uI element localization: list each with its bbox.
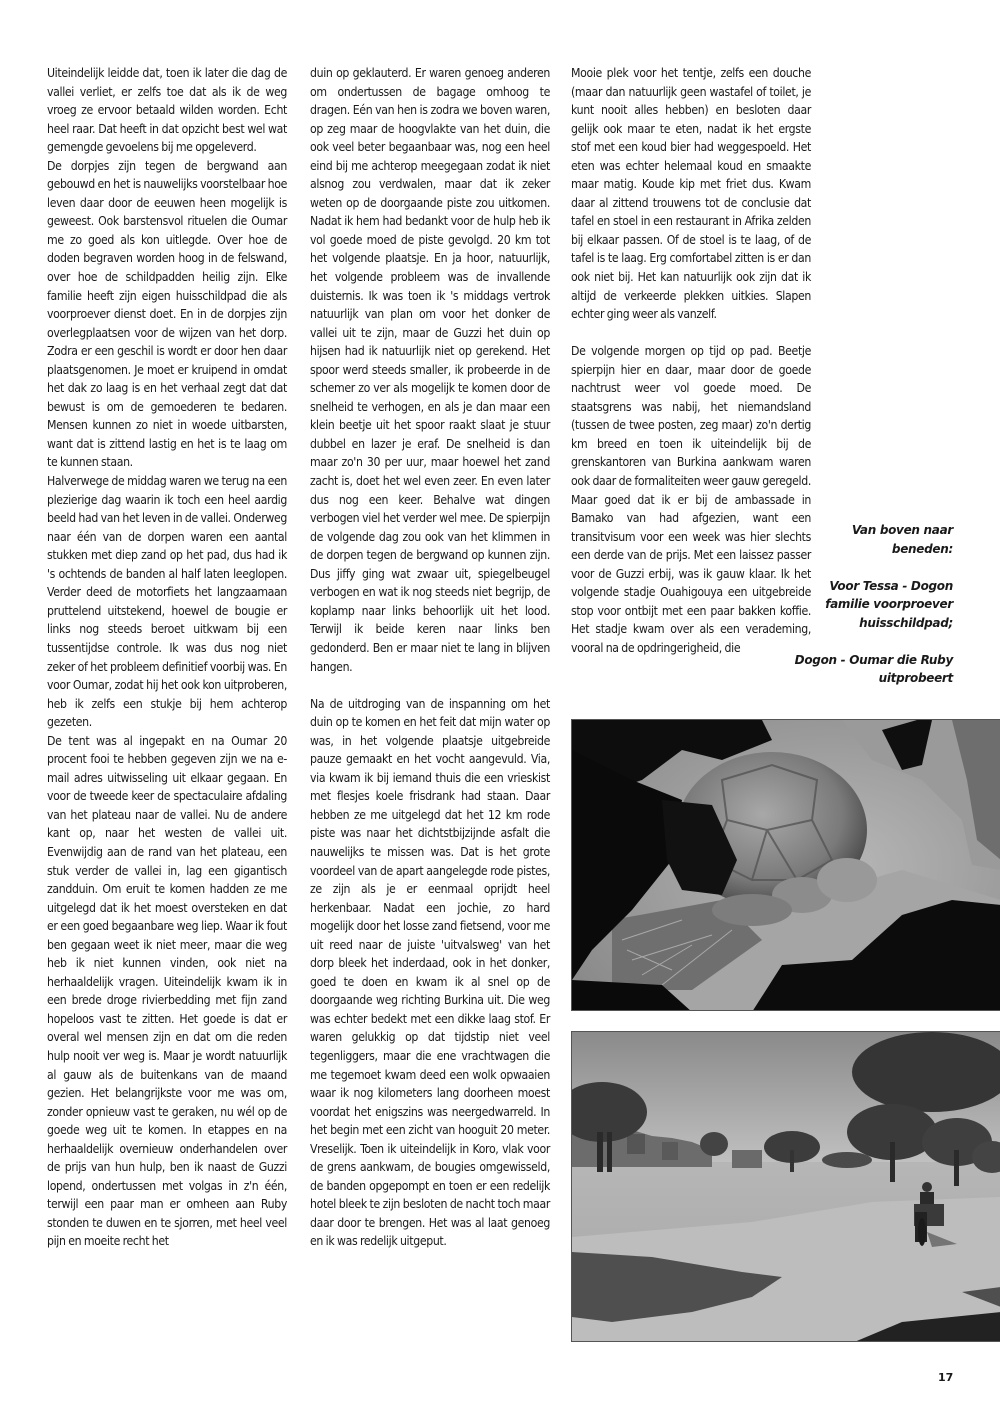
caption-item: Dogon - Oumar die Ruby uitprobeert	[793, 651, 953, 688]
paragraph: duin op geklauterd. Er waren genoeg ande…	[310, 64, 550, 676]
article-column-3: Mooie plek voor het tentje, zelfs een do…	[571, 64, 811, 658]
article-column-2: duin op geklauterd. Er waren genoeg ande…	[310, 64, 550, 1251]
tortoise-photo	[571, 719, 1000, 1011]
caption-item: Voor Tessa - Dogon familie voorproever h…	[793, 577, 953, 633]
photo-caption: Van boven naar beneden: Voor Tessa - Dog…	[793, 521, 953, 688]
paragraph: De dorpjes zijn tegen de bergwand aan ge…	[47, 157, 287, 472]
caption-heading: Van boven naar beneden:	[793, 521, 953, 558]
paragraph: De volgende morgen op tijd op pad. Beetj…	[571, 342, 811, 657]
village-road-photo	[571, 1031, 1000, 1342]
paragraph: De tent was al ingepakt en na Oumar 20 p…	[47, 732, 287, 1251]
article-column-1: Uiteindelijk leidde dat, toen ik later d…	[47, 64, 287, 1251]
paragraph: Mooie plek voor het tentje, zelfs een do…	[571, 64, 811, 324]
paragraph: Halverwege de middag waren we terug na e…	[47, 472, 287, 732]
paragraph: Uiteindelijk leidde dat, toen ik later d…	[47, 64, 287, 157]
page-number: 17	[938, 1371, 953, 1384]
paragraph: Na de uitdroging van de inspanning om he…	[310, 695, 550, 1251]
